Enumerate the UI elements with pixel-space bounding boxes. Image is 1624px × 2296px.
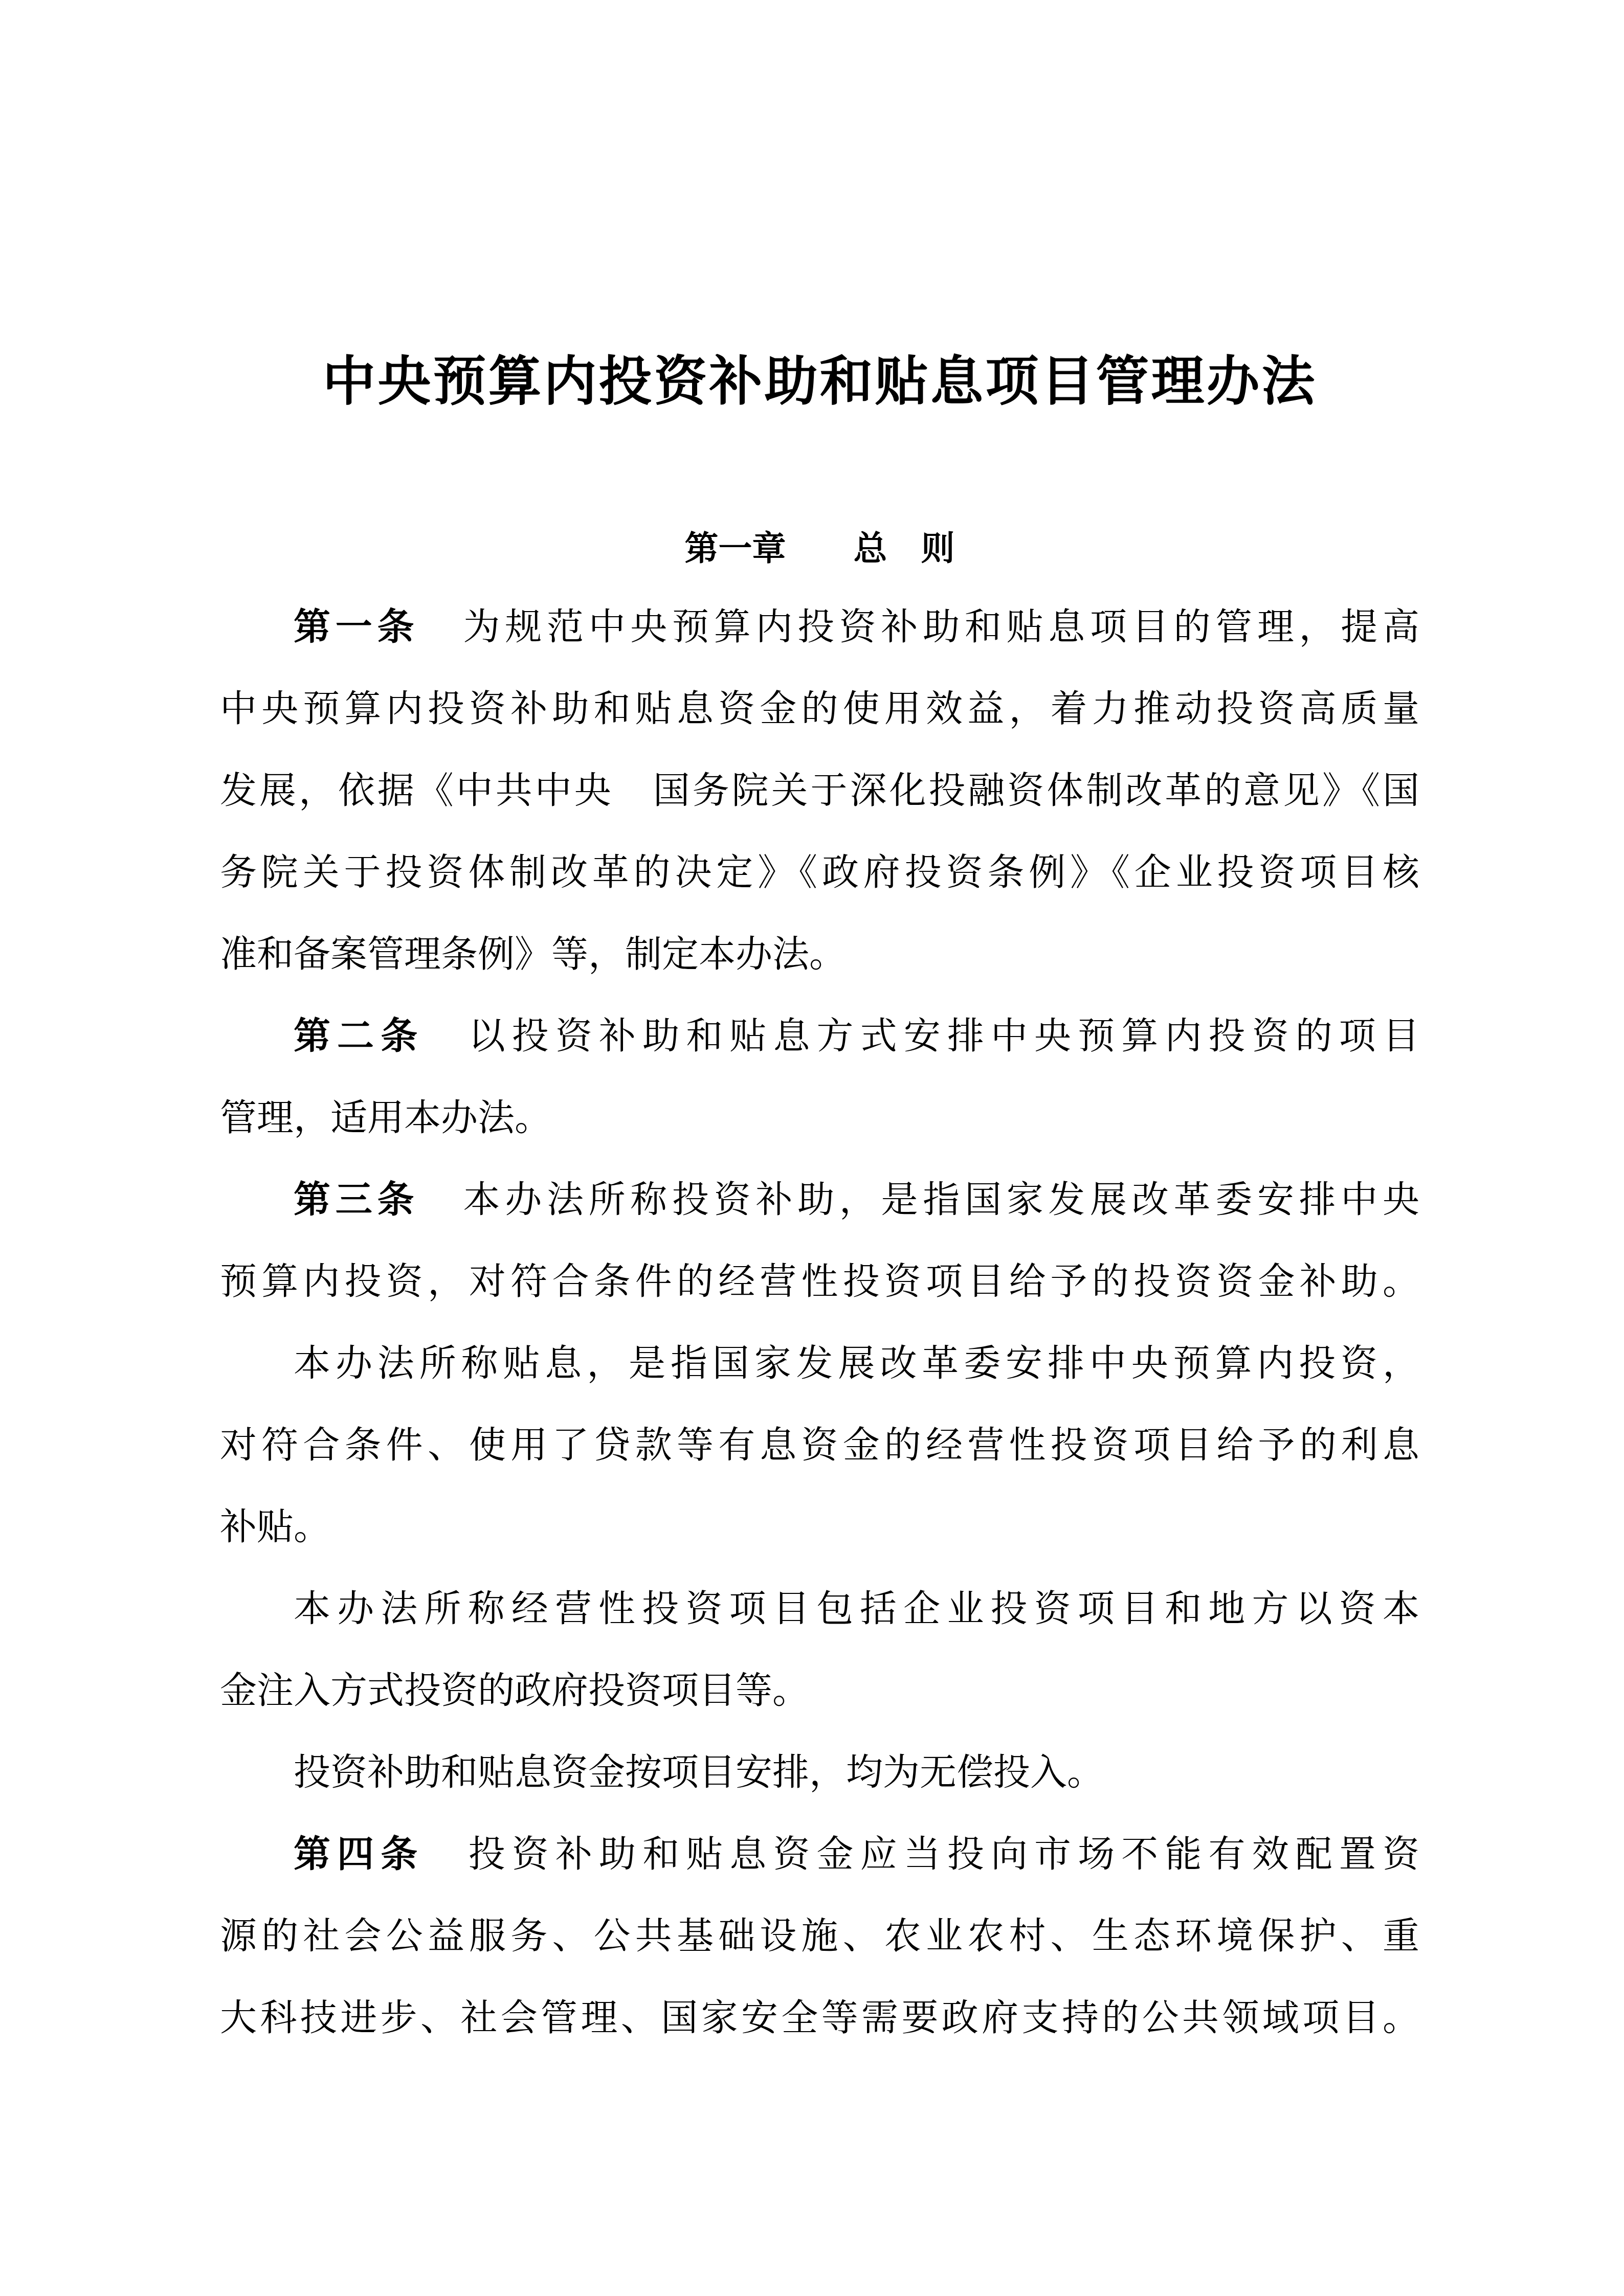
body-line: 预算内投资，对符合条件的经营性投资项目给予的投资资金补助。: [220, 1241, 1419, 1322]
body-line: 大科技进步、社会管理、国家安全等需要政府支持的公共领域项目。: [220, 1977, 1419, 2059]
article-number-label: 第一条: [294, 606, 419, 647]
document-title: 中央预算内投资补助和贴息项目管理办法: [220, 354, 1419, 410]
document-page: 中央预算内投资补助和贴息项目管理办法 第一章 总 则 第一条为规范中央预算内投资…: [0, 0, 1624, 2296]
body-line: 管理，适用本办法。: [220, 1077, 1419, 1159]
body-line: 务院关于投资体制改革的决定》《政府投资条例》《企业投资项目核: [220, 831, 1419, 913]
body-line: 源的社会公益服务、公共基础设施、农业农村、生态环境保护、重: [220, 1895, 1419, 1977]
body-line: 准和备案管理条例》等，制定本办法。: [220, 913, 1419, 995]
body-line: 金注入方式投资的政府投资项目等。: [220, 1650, 1419, 1731]
chapter-heading: 第一章 总 则: [220, 530, 1419, 567]
body-line: 投资补助和贴息资金按项目安排，均为无偿投入。: [220, 1731, 1419, 1813]
body-line: 本办法所称贴息，是指国家发展改革委安排中央预算内投资，: [220, 1322, 1419, 1404]
article-number-label: 第二条: [294, 1016, 424, 1056]
article-number-label: 第四条: [294, 1834, 424, 1875]
body-line: 发展，依据《中共中央 国务院关于深化投融资体制改革的意见》《国: [220, 750, 1419, 831]
body-line: 第四条投资补助和贴息资金应当投向市场不能有效配置资: [220, 1813, 1419, 1895]
body-text: 第一条为规范中央预算内投资补助和贴息项目的管理，提高中央预算内投资补助和贴息资金…: [220, 586, 1419, 2059]
article-number-label: 第三条: [294, 1179, 419, 1220]
body-line: 第三条本办法所称投资补助，是指国家发展改革委安排中央: [220, 1159, 1419, 1241]
body-line: 第二条以投资补助和贴息方式安排中央预算内投资的项目: [220, 995, 1419, 1077]
body-line: 补贴。: [220, 1486, 1419, 1568]
body-line: 本办法所称经营性投资项目包括企业投资项目和地方以资本: [220, 1568, 1419, 1650]
body-line: 对符合条件、使用了贷款等有息资金的经营性投资项目给予的利息: [220, 1404, 1419, 1486]
body-line: 第一条为规范中央预算内投资补助和贴息项目的管理，提高: [220, 586, 1419, 668]
body-line: 中央预算内投资补助和贴息资金的使用效益，着力推动投资高质量: [220, 668, 1419, 750]
